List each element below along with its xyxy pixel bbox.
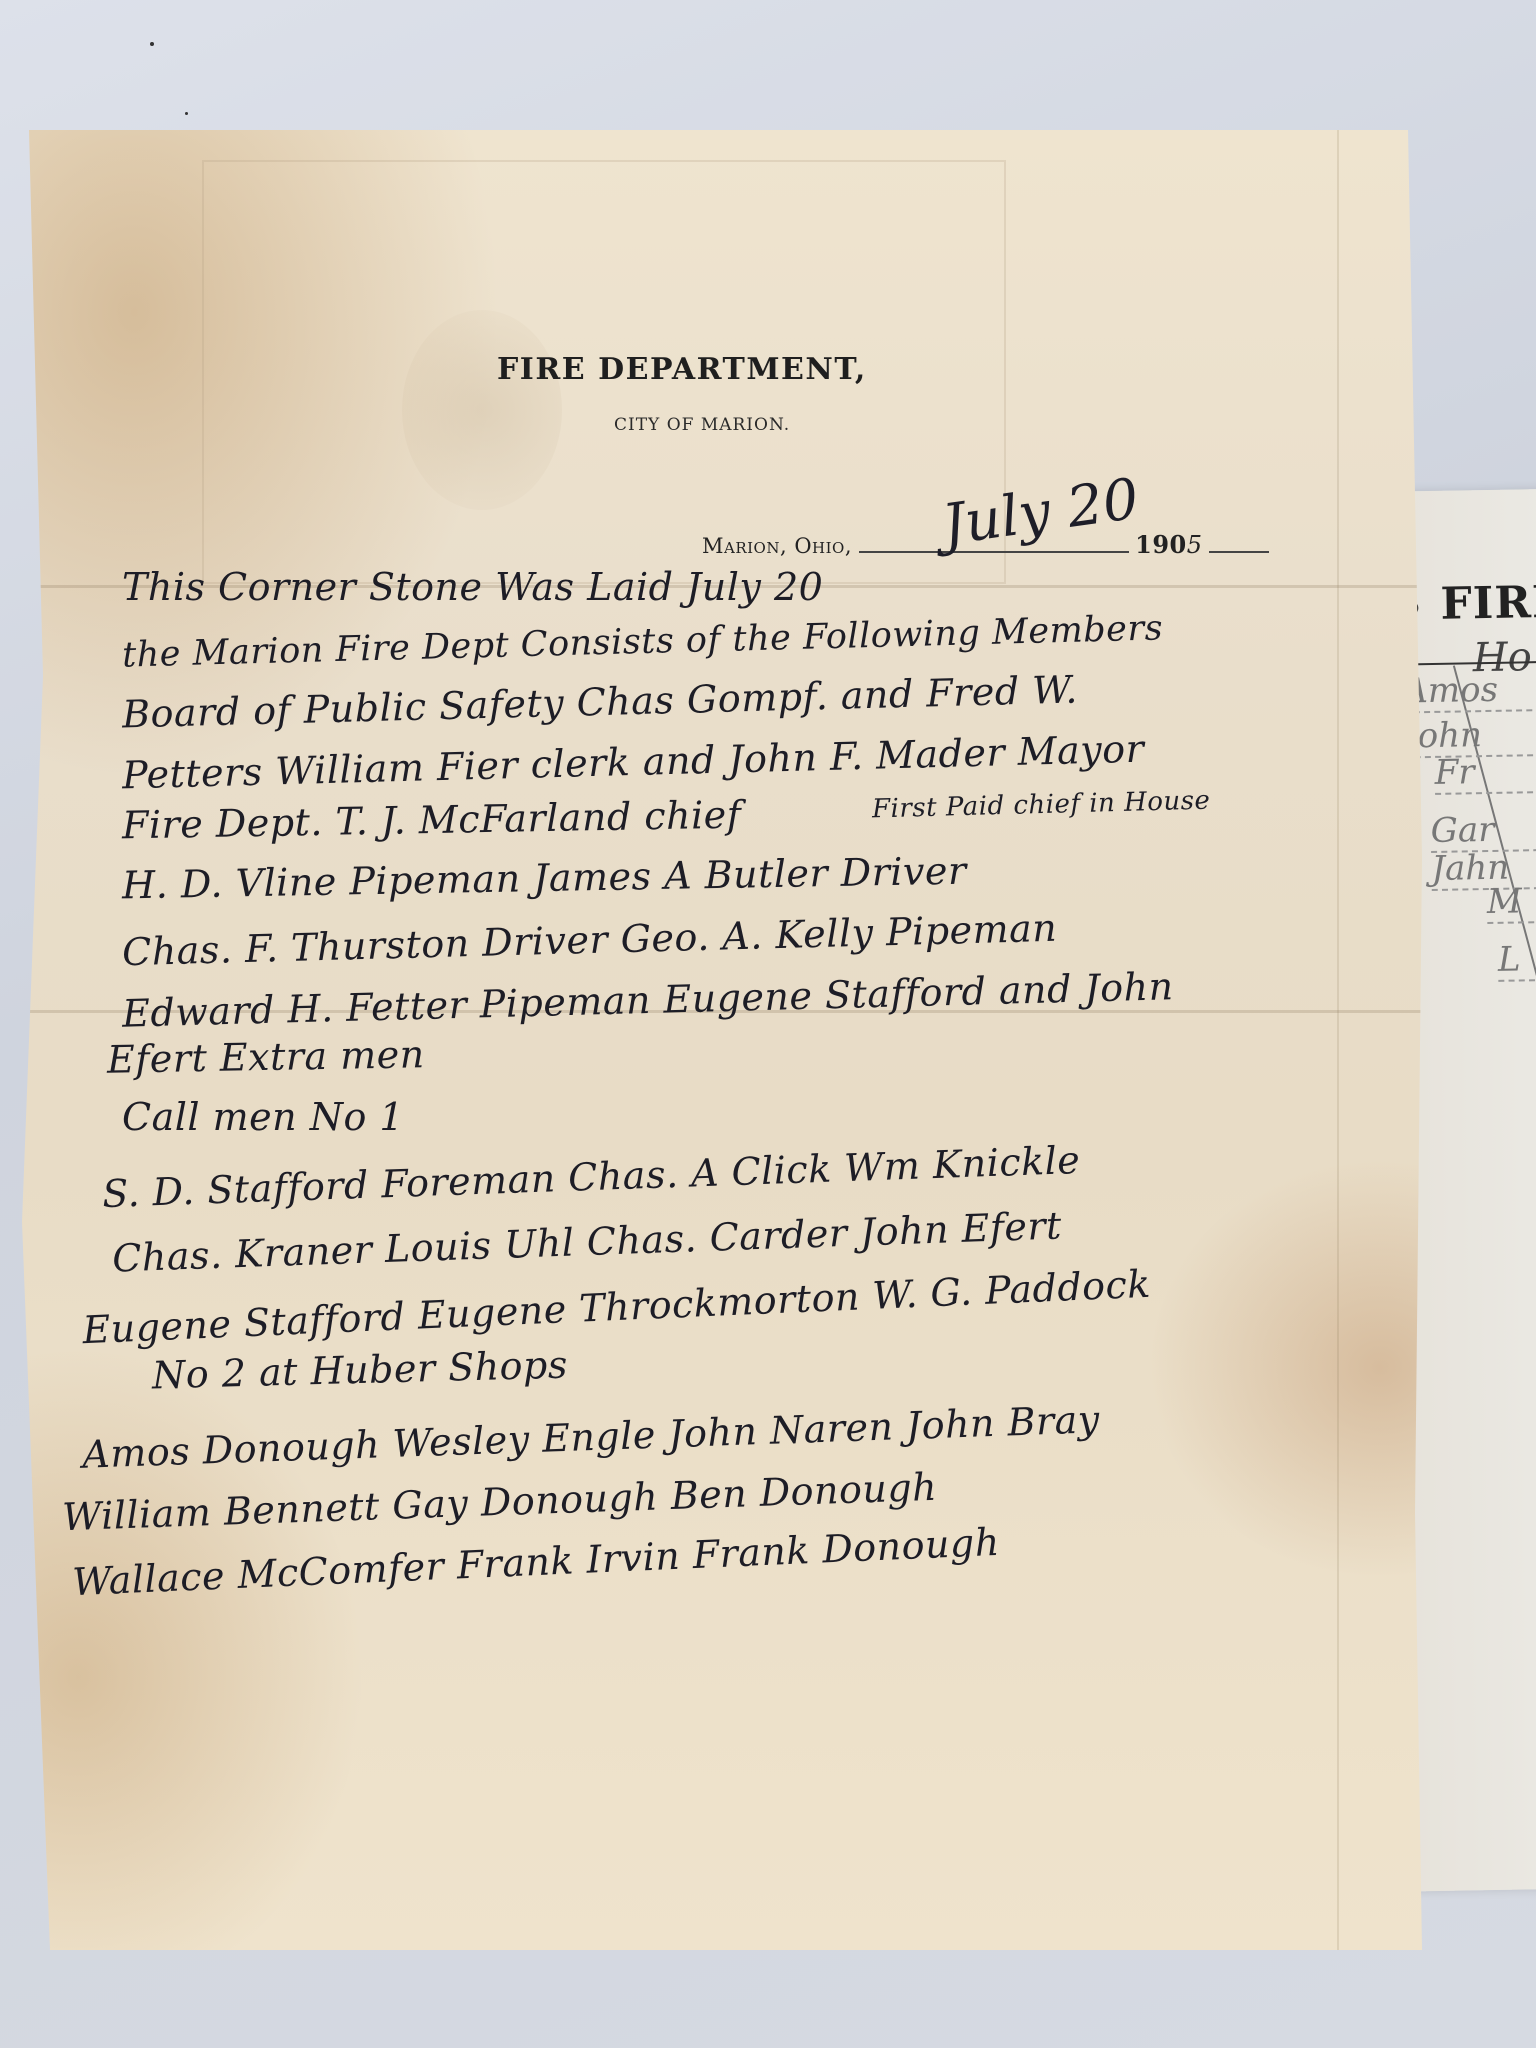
- embossed-seal: [402, 310, 562, 510]
- list-item: Fr: [1434, 750, 1536, 795]
- letter-line-5: Fire Dept. T. J. McFarland chief: [122, 793, 742, 848]
- dateline-place: Marion, Ohio,: [702, 534, 852, 558]
- list-item: Gar: [1430, 808, 1536, 853]
- margin-annotation: First Paid chief in House: [872, 786, 1211, 825]
- year-prefix: 190: [1135, 530, 1187, 559]
- list-item: M: [1487, 879, 1536, 924]
- fire-department-letter: FIRE DEPARTMENT, CITY OF MARION. Marion,…: [22, 130, 1422, 1950]
- letter-line-1: This Corner Stone Was Laid July 20: [122, 565, 823, 609]
- letter-line-2: the Marion Fire Dept Consists of the Fol…: [122, 608, 1164, 675]
- surface-speck: [185, 112, 188, 115]
- letter-line-9: Efert Extra men: [107, 1032, 425, 1082]
- year-blank: [1209, 551, 1269, 553]
- letter-line-11: S. D. Stafford Foreman Chas. A Click Wm …: [102, 1138, 1081, 1216]
- letter-line-4: Petters William Fier clerk and John F. M…: [122, 727, 1145, 798]
- letterhead-title: FIRE DEPARTMENT,: [497, 352, 867, 387]
- letterhead-subtitle: CITY OF MARION.: [614, 415, 790, 435]
- letter-line-10: Call men No 1: [122, 1095, 404, 1139]
- fold-crease: [1337, 130, 1339, 1950]
- year-suffix: 5: [1187, 531, 1203, 559]
- list-item: L: [1498, 937, 1536, 982]
- letter-line-3: Board of Public Safety Chas Gompf. and F…: [122, 667, 1079, 736]
- letter-line-14: No 2 at Huber Shops: [151, 1343, 568, 1398]
- letter-line-7: Chas. F. Thurston Driver Geo. A. Kelly P…: [122, 906, 1058, 974]
- list-item: Amos: [1403, 668, 1536, 713]
- letter-line-8: Edward H. Fetter Pipeman Eugene Stafford…: [122, 964, 1174, 1036]
- letter-line-15: Amos Donough Wesley Engle John Naren Joh…: [82, 1397, 1101, 1477]
- letter-line-6: H. D. Vline Pipeman James A Butler Drive…: [122, 849, 967, 908]
- letter-line-12: Chas. Kraner Louis Uhl Chas. Carder John…: [112, 1203, 1063, 1280]
- surface-speck: [150, 42, 154, 46]
